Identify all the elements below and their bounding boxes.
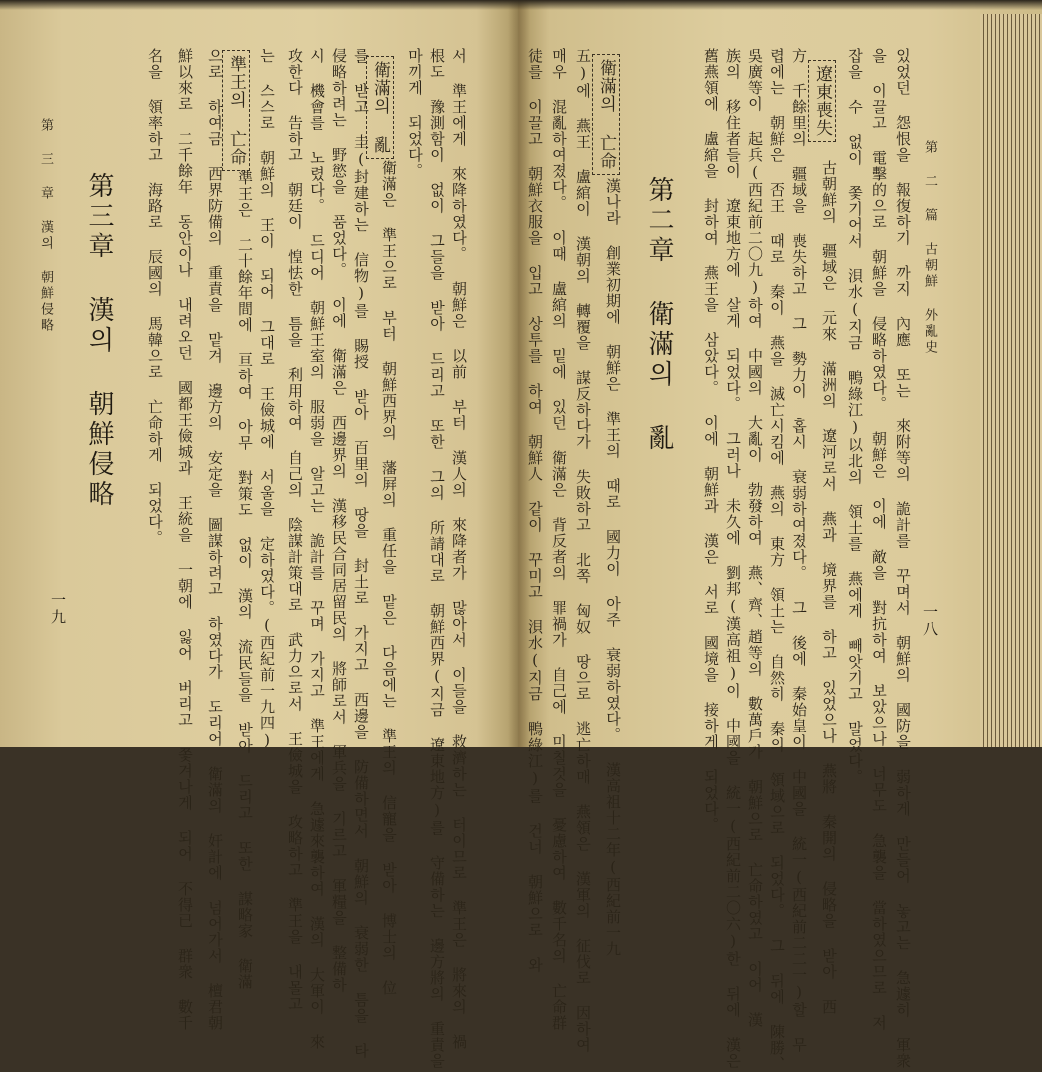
body-column: 렵에는 朝鮮은 否王 때로 秦이 燕을 滅亡시킴에 燕의 東方 領土는 自然히 … bbox=[766, 48, 788, 747]
open-book-spread: 第 三 章 漢의 朝鮮侵略 一九 第三章 漢의 朝鮮侵略 名을 領率하고 海路로… bbox=[0, 0, 1042, 747]
body-column: 서 準王에게 來降하였다。 朝鮮은 以前 부터 漢人의 來降者가 많아서 이들을… bbox=[448, 48, 470, 747]
right-page: 徒를 이끌고 朝鮮衣服을 입고 상투를 하여 朝鮮人 같이 꾸미고 浿水(지금 … bbox=[518, 0, 1042, 747]
section-heading-box: 準王의 亡命 bbox=[222, 50, 250, 171]
body-column: 族의 移住者들이 遼東地方에 살게 되었다。 그러나 未久에 劉邦(漢高祖)이 … bbox=[722, 48, 744, 747]
body-column: 吳廣等이 起兵(西紀前二〇九)하여 中國의 大亂이 勃發하여 燕、齊、趙等의 數… bbox=[744, 48, 766, 747]
body-column: 鮮以來로 二千餘年 동안이나 내려오던 國都王儉城과 王統을 一朝에 잃어 버리… bbox=[174, 48, 196, 747]
section-heading-box: 衛滿의 亡命 bbox=[592, 54, 620, 175]
top-shadow bbox=[0, 0, 1042, 10]
page-number-right: 一八 bbox=[920, 604, 941, 638]
section-heading-box: 衛滿의 亂 bbox=[366, 56, 394, 159]
chapter-title-left: 第三章 漢의 朝鮮侵略 bbox=[84, 172, 114, 510]
body-column: 五)에 燕王 盧綰이 漢朝의 轉覆을 謀反하다가 失敗하고 北쪽 匈奴 땅으로 … bbox=[572, 48, 594, 747]
section-heading-box: 遼東喪失 bbox=[808, 60, 836, 142]
section-heading: 衛滿의 亂 bbox=[366, 56, 394, 169]
left-page: 第 三 章 漢의 朝鮮侵略 一九 第三章 漢의 朝鮮侵略 名을 領率하고 海路로… bbox=[0, 0, 518, 747]
running-header-right: 第 二 篇 古朝鮮 外亂史 bbox=[918, 140, 940, 356]
chapter-title-right: 第二章 衛滿의 亂 bbox=[644, 176, 674, 454]
page-number-left: 一九 bbox=[48, 592, 69, 626]
body-column: 시 機會를 노렸다。 드디어 朝鮮王室의 服弱을 알고는 詭計를 꾸며 가지고 … bbox=[306, 48, 328, 747]
body-column: 매우 混亂하여졌다。 이때 盧綰의 밑에 있던 衛滿은 背反者의 罪禍가 自己에… bbox=[548, 48, 570, 747]
section-heading: 準王의 亡命 bbox=[222, 50, 250, 181]
body-column: 漢나라 創業初期에 朝鮮은 準王의 때로 國力이 아주 衰弱하였다。 漢高祖十二… bbox=[602, 178, 624, 747]
book-gutter bbox=[508, 0, 530, 747]
body-column: 根도 豫測함이 없이 그들을 받아 드리고 또한 그의 所請대로 朝鮮西界(지금… bbox=[426, 48, 448, 747]
body-column: 있었던 怨恨을 報復하기 까지 內應 또는 來附等의 詭計를 꾸며서 朝鮮의 國… bbox=[892, 48, 914, 747]
body-column: 舊燕領에 盧綰을 封하여 燕王을 삼았다。 이에 朝鮮과 漢은 서로 國境을 接… bbox=[700, 48, 722, 747]
running-header-left: 第 三 章 漢의 朝鮮侵略 bbox=[34, 118, 56, 334]
body-column: 侵略하려는 野慾을 품었다。 이에 衛滿은 西邊界의 漢移民合同居留民의 將師로… bbox=[328, 48, 350, 747]
section-heading: 遼東喪失 bbox=[808, 60, 836, 152]
body-column: 마끼게 되었다。 bbox=[404, 48, 426, 179]
body-column: 古朝鮮의 疆域은 元來 滿洲의 遼河로서 燕과 境界를 하고 있었으나 燕將 秦… bbox=[818, 160, 840, 747]
body-column: 衛滿은 準王으로 부터 朝鮮西界의 藩屛의 重任을 맡은 다음에는 準王의 信寵… bbox=[378, 160, 400, 747]
body-column: 을 이끌고 電擊的으로 朝鮮을 侵略하였다。 朝鮮은 이에 敵을 對抗하여 보았… bbox=[868, 48, 890, 747]
section-heading: 衛滿의 亡命 bbox=[592, 54, 620, 185]
body-column: 잡을 수 없이 쫓기어서 浿水(지금 鴨綠江)以北의 領土를 燕에게 빼앗기고 … bbox=[844, 48, 866, 747]
page-edges bbox=[980, 14, 1042, 747]
body-column: 攻한다 告하고 朝廷이 惶怯한 틈을 利用하여 自己의 陰謀計策대로 武力으로서… bbox=[284, 48, 306, 747]
body-column: 名을 領率하고 海路로 辰國의 馬韓으로 亡命하게 되었다。 bbox=[144, 48, 166, 546]
body-column: 方 千餘里의 疆域을 喪失하고 그 勢力이 홉시 衰弱하여졌다。 그 後에 秦始… bbox=[788, 48, 810, 747]
body-column: 準王은 二十餘年間에 亘하여 아무 對策도 없이 漢의 流民들을 받아 드리고 … bbox=[234, 170, 256, 747]
body-column: 는 스스로 朝鮮의 王이 되어 그대로 王儉城에 서울을 定하였다。(西紀前一九… bbox=[256, 48, 278, 747]
